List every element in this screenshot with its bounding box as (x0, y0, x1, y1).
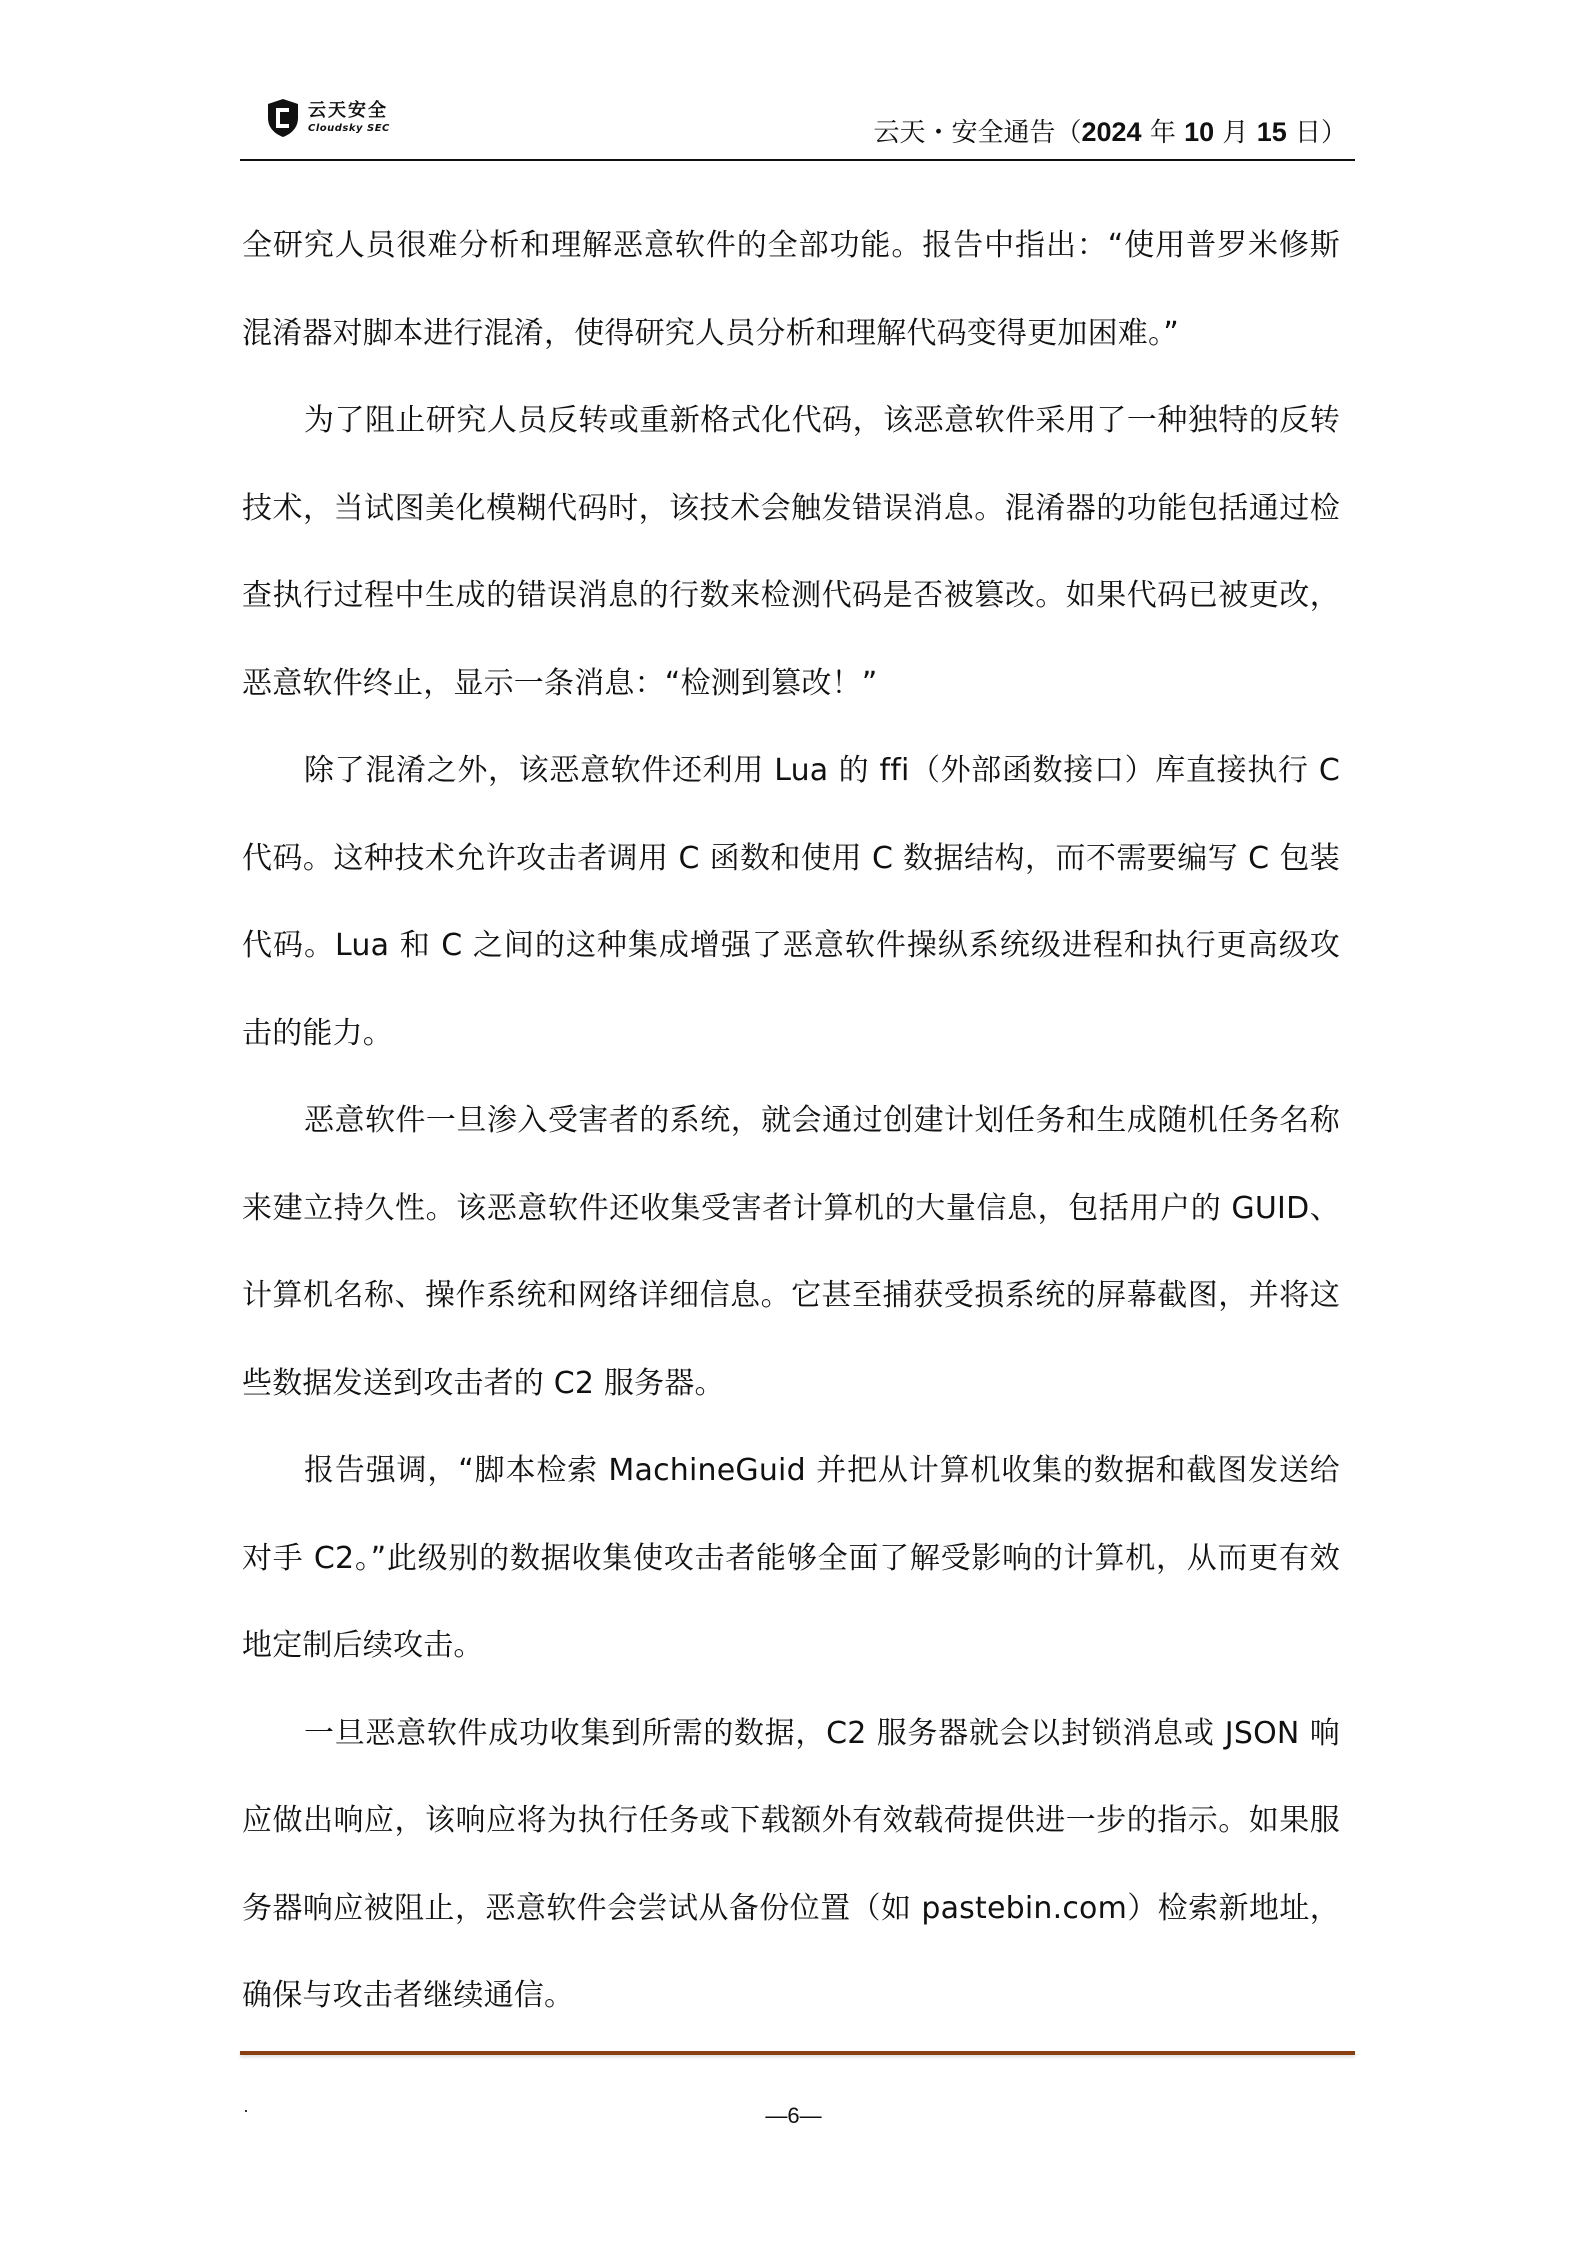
logo: 云天安全 Cloudsky SEC (266, 98, 390, 138)
paragraph-5: 报告强调，“脚本检索 MachineGuid 并把从计算机收集的数据和截图发送给… (242, 1427, 1340, 1690)
paragraph-3: 除了混淆之外，该恶意软件还利用 Lua 的 ffi（外部函数接口）库直接执行 C… (242, 727, 1340, 1077)
header-day: 15 (1257, 117, 1287, 147)
paragraph-1: 全研究人员很难分析和理解恶意软件的全部功能。报告中指出：“使用普罗米修斯混淆器对… (242, 202, 1340, 377)
header-title: 云天・安全通告（2024 年 10 月 15 日） (873, 112, 1347, 149)
header-day-unit: 日） (1287, 118, 1347, 148)
header-month: 10 (1184, 117, 1214, 147)
footer-divider (240, 2051, 1355, 2055)
header-title-prefix: 云天・安全通告（ (873, 118, 1081, 148)
paragraph-4: 恶意软件一旦渗入受害者的系统，就会通过创建计划任务和生成随机任务名称来建立持久性… (242, 1077, 1340, 1427)
logo-name-en: Cloudsky SEC (308, 124, 390, 134)
logo-name-cn: 云天安全 (308, 102, 390, 120)
header-divider (240, 159, 1355, 161)
page-number: —6— (0, 2103, 1587, 2129)
header-month-unit: 月 (1214, 118, 1257, 148)
page-header: 云天安全 Cloudsky SEC 云天・安全通告（2024 年 10 月 15… (240, 0, 1355, 162)
paragraph-6: 一旦恶意软件成功收集到所需的数据，C2 服务器就会以封锁消息或 JSON 响应做… (242, 1690, 1340, 2040)
header-year-unit: 年 (1142, 118, 1185, 148)
paragraph-2: 为了阻止研究人员反转或重新格式化代码，该恶意软件采用了一种独特的反转技术，当试图… (242, 377, 1340, 727)
header-year: 2024 (1082, 117, 1142, 147)
document-body: 全研究人员很难分析和理解恶意软件的全部功能。报告中指出：“使用普罗米修斯混淆器对… (242, 202, 1340, 2040)
shield-c-icon (266, 98, 300, 138)
